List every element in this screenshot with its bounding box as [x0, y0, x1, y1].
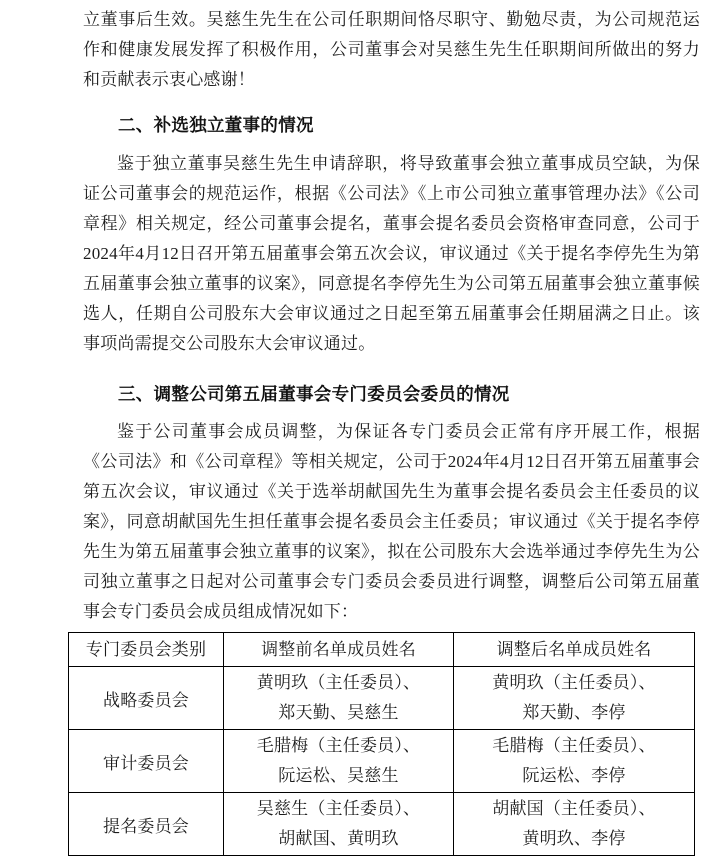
table-row-strategy-committee: 战略委员会 黄明玖（主任委员）、 郑天勤、吴慈生 黄明玖（主任委员）、 郑天勤、…	[69, 667, 695, 730]
committee-name-cell: 提名委员会	[69, 793, 224, 856]
members-after-line-2: 黄明玖、李停	[454, 824, 694, 854]
members-before-line-2: 阮运松、吴慈生	[224, 761, 453, 791]
section-2-heading: 二、补选独立董事的情况	[83, 110, 700, 140]
section-3-heading: 三、调整公司第五届董事会专门委员会委员的情况	[83, 379, 700, 409]
members-before-line-1: 吴慈生（主任委员）、	[224, 794, 453, 824]
members-after-line-1: 黄明玖（主任委员）、	[454, 668, 694, 698]
table-row-audit-committee: 审计委员会 毛腊梅（主任委员）、 阮运松、吴慈生 毛腊梅（主任委员）、 阮运松、…	[69, 730, 695, 793]
committee-table: 专门委员会类别 调整前名单成员姓名 调整后名单成员姓名 战略委员会 黄明玖（主任…	[68, 632, 695, 856]
committee-table-header-row: 专门委员会类别 调整前名单成员姓名 调整后名单成员姓名	[69, 633, 695, 667]
members-before-cell: 吴慈生（主任委员）、 胡献国、黄明玖	[224, 793, 454, 856]
section-2-paragraph: 鉴于独立董事吴慈生先生申请辞职，将导致董事会独立董事成员空缺，为保证公司董事会的…	[83, 149, 700, 359]
members-before-line-2: 胡献国、黄明玖	[224, 824, 453, 854]
section-3-paragraph: 鉴于公司董事会成员调整，为保证各专门委员会正常有序开展工作，根据《公司法》和《公…	[83, 417, 700, 627]
members-before-line-1: 毛腊梅（主任委员）、	[224, 731, 453, 761]
table-header-committee-type: 专门委员会类别	[69, 633, 224, 667]
members-after-cell: 黄明玖（主任委员）、 郑天勤、李停	[454, 667, 695, 730]
members-after-line-1: 毛腊梅（主任委员）、	[454, 731, 694, 761]
members-before-cell: 毛腊梅（主任委员）、 阮运松、吴慈生	[224, 730, 454, 793]
members-after-line-2: 阮运松、李停	[454, 761, 694, 791]
committee-name-cell: 战略委员会	[69, 667, 224, 730]
members-before-cell: 黄明玖（主任委员）、 郑天勤、吴慈生	[224, 667, 454, 730]
table-header-members-before: 调整前名单成员姓名	[224, 633, 454, 667]
members-after-cell: 毛腊梅（主任委员）、 阮运松、李停	[454, 730, 695, 793]
members-before-line-2: 郑天勤、吴慈生	[224, 698, 453, 728]
committee-name-cell: 审计委员会	[69, 730, 224, 793]
document-page: 立董事后生效。吴慈生先生在公司任职期间恪尽职守、勤勉尽责，为公司规范运作和健康发…	[0, 0, 721, 865]
members-after-line-2: 郑天勤、李停	[454, 698, 694, 728]
members-after-cell: 胡献国（主任委员）、 黄明玖、李停	[454, 793, 695, 856]
members-after-line-1: 胡献国（主任委员）、	[454, 794, 694, 824]
table-row-nomination-committee: 提名委员会 吴慈生（主任委员）、 胡献国、黄明玖 胡献国（主任委员）、 黄明玖、…	[69, 793, 695, 856]
members-before-line-1: 黄明玖（主任委员）、	[224, 668, 453, 698]
table-header-members-after: 调整后名单成员姓名	[454, 633, 695, 667]
paragraph-closing-thanks: 立董事后生效。吴慈生先生在公司任职期间恪尽职守、勤勉尽责，为公司规范运作和健康发…	[83, 5, 700, 95]
